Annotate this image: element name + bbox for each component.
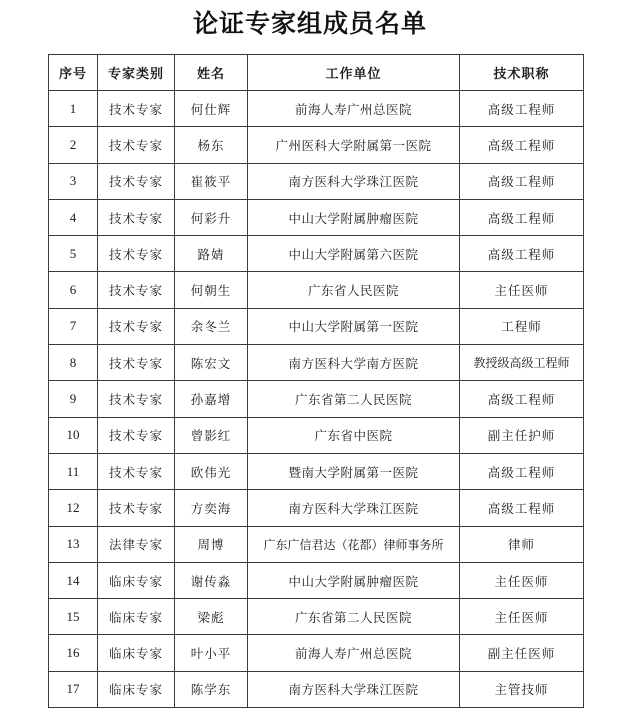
cell-professional-title: 高级工程师 bbox=[460, 453, 584, 489]
cell-organization: 暨南大学附属第一医院 bbox=[248, 453, 460, 489]
header-name: 姓名 bbox=[175, 55, 248, 91]
cell-category: 临床专家 bbox=[98, 671, 175, 707]
cell-no: 4 bbox=[49, 199, 98, 235]
cell-no: 2 bbox=[49, 127, 98, 163]
cell-no: 15 bbox=[49, 599, 98, 635]
cell-professional-title: 高级工程师 bbox=[460, 163, 584, 199]
table-row: 14 临床专家 谢传淼 中山大学附属肿瘤医院 主任医师 bbox=[49, 562, 584, 598]
table-row: 13 法律专家 周博 广东广信君达（花都）律师事务所 律师 bbox=[49, 526, 584, 562]
cell-name: 周博 bbox=[175, 526, 248, 562]
cell-professional-title: 高级工程师 bbox=[460, 490, 584, 526]
cell-category: 技术专家 bbox=[98, 490, 175, 526]
cell-no: 8 bbox=[49, 345, 98, 381]
cell-category: 技术专家 bbox=[98, 127, 175, 163]
cell-organization: 南方医科大学珠江医院 bbox=[248, 163, 460, 199]
cell-name: 陈学东 bbox=[175, 671, 248, 707]
cell-professional-title: 副主任医师 bbox=[460, 635, 584, 671]
header-professional-title: 技术职称 bbox=[460, 55, 584, 91]
table-row: 16 临床专家 叶小平 前海人寿广州总医院 副主任医师 bbox=[49, 635, 584, 671]
table-row: 8 技术专家 陈宏文 南方医科大学南方医院 教授级高级工程师 bbox=[49, 345, 584, 381]
cell-professional-title: 副主任护师 bbox=[460, 417, 584, 453]
table-row: 7 技术专家 余冬兰 中山大学附属第一医院 工程师 bbox=[49, 308, 584, 344]
cell-name: 谢传淼 bbox=[175, 562, 248, 598]
cell-no: 14 bbox=[49, 562, 98, 598]
cell-name: 陈宏文 bbox=[175, 345, 248, 381]
cell-name: 曾影红 bbox=[175, 417, 248, 453]
cell-category: 临床专家 bbox=[98, 599, 175, 635]
cell-organization: 前海人寿广州总医院 bbox=[248, 635, 460, 671]
cell-organization: 南方医科大学珠江医院 bbox=[248, 671, 460, 707]
cell-name: 何朝生 bbox=[175, 272, 248, 308]
document-title: 论证专家组成员名单 bbox=[0, 6, 620, 42]
cell-category: 法律专家 bbox=[98, 526, 175, 562]
cell-name: 梁彪 bbox=[175, 599, 248, 635]
cell-no: 1 bbox=[49, 91, 98, 127]
cell-professional-title: 高级工程师 bbox=[460, 236, 584, 272]
cell-category: 技术专家 bbox=[98, 381, 175, 417]
table-row: 4 技术专家 何彩升 中山大学附属肿瘤医院 高级工程师 bbox=[49, 199, 584, 235]
cell-category: 技术专家 bbox=[98, 345, 175, 381]
cell-category: 技术专家 bbox=[98, 236, 175, 272]
cell-category: 技术专家 bbox=[98, 163, 175, 199]
cell-professional-title: 工程师 bbox=[460, 308, 584, 344]
table-row: 5 技术专家 路婧 中山大学附属第六医院 高级工程师 bbox=[49, 236, 584, 272]
cell-no: 11 bbox=[49, 453, 98, 489]
cell-organization: 中山大学附属第六医院 bbox=[248, 236, 460, 272]
header-no: 序号 bbox=[49, 55, 98, 91]
cell-name: 杨东 bbox=[175, 127, 248, 163]
cell-professional-title: 主任医师 bbox=[460, 599, 584, 635]
cell-name: 何仕辉 bbox=[175, 91, 248, 127]
cell-professional-title: 高级工程师 bbox=[460, 127, 584, 163]
cell-no: 5 bbox=[49, 236, 98, 272]
cell-organization: 中山大学附属第一医院 bbox=[248, 308, 460, 344]
table-row: 10 技术专家 曾影红 广东省中医院 副主任护师 bbox=[49, 417, 584, 453]
cell-category: 临床专家 bbox=[98, 562, 175, 598]
cell-organization: 广东省中医院 bbox=[248, 417, 460, 453]
header-category: 专家类别 bbox=[98, 55, 175, 91]
cell-organization: 南方医科大学南方医院 bbox=[248, 345, 460, 381]
cell-professional-title: 主任医师 bbox=[460, 272, 584, 308]
cell-no: 16 bbox=[49, 635, 98, 671]
cell-no: 12 bbox=[49, 490, 98, 526]
cell-name: 崔筱平 bbox=[175, 163, 248, 199]
cell-no: 3 bbox=[49, 163, 98, 199]
cell-category: 技术专家 bbox=[98, 417, 175, 453]
cell-organization: 中山大学附属肿瘤医院 bbox=[248, 199, 460, 235]
expert-roster-table: 序号 专家类别 姓名 工作单位 技术职称 1 技术专家 何仕辉 前海人寿广州总医… bbox=[48, 54, 584, 708]
table-row: 6 技术专家 何朝生 广东省人民医院 主任医师 bbox=[49, 272, 584, 308]
cell-name: 孙嘉增 bbox=[175, 381, 248, 417]
cell-organization: 南方医科大学珠江医院 bbox=[248, 490, 460, 526]
cell-organization: 中山大学附属肿瘤医院 bbox=[248, 562, 460, 598]
table-row: 12 技术专家 方奕海 南方医科大学珠江医院 高级工程师 bbox=[49, 490, 584, 526]
cell-organization: 广东省第二人民医院 bbox=[248, 599, 460, 635]
cell-organization: 广东省人民医院 bbox=[248, 272, 460, 308]
cell-name: 路婧 bbox=[175, 236, 248, 272]
cell-no: 17 bbox=[49, 671, 98, 707]
cell-professional-title: 主管技师 bbox=[460, 671, 584, 707]
cell-name: 欧伟光 bbox=[175, 453, 248, 489]
cell-no: 7 bbox=[49, 308, 98, 344]
cell-no: 13 bbox=[49, 526, 98, 562]
cell-no: 10 bbox=[49, 417, 98, 453]
cell-name: 叶小平 bbox=[175, 635, 248, 671]
cell-professional-title: 高级工程师 bbox=[460, 199, 584, 235]
cell-organization: 前海人寿广州总医院 bbox=[248, 91, 460, 127]
cell-category: 临床专家 bbox=[98, 635, 175, 671]
table-row: 1 技术专家 何仕辉 前海人寿广州总医院 高级工程师 bbox=[49, 91, 584, 127]
cell-category: 技术专家 bbox=[98, 272, 175, 308]
cell-no: 6 bbox=[49, 272, 98, 308]
cell-name: 余冬兰 bbox=[175, 308, 248, 344]
cell-professional-title: 教授级高级工程师 bbox=[460, 345, 584, 381]
table-row: 2 技术专家 杨东 广州医科大学附属第一医院 高级工程师 bbox=[49, 127, 584, 163]
table-row: 11 技术专家 欧伟光 暨南大学附属第一医院 高级工程师 bbox=[49, 453, 584, 489]
cell-category: 技术专家 bbox=[98, 199, 175, 235]
cell-name: 方奕海 bbox=[175, 490, 248, 526]
cell-professional-title: 高级工程师 bbox=[460, 91, 584, 127]
header-organization: 工作单位 bbox=[248, 55, 460, 91]
table-row: 17 临床专家 陈学东 南方医科大学珠江医院 主管技师 bbox=[49, 671, 584, 707]
table-row: 15 临床专家 梁彪 广东省第二人民医院 主任医师 bbox=[49, 599, 584, 635]
cell-no: 9 bbox=[49, 381, 98, 417]
cell-organization: 广东省第二人民医院 bbox=[248, 381, 460, 417]
cell-organization: 广州医科大学附属第一医院 bbox=[248, 127, 460, 163]
table-row: 9 技术专家 孙嘉增 广东省第二人民医院 高级工程师 bbox=[49, 381, 584, 417]
cell-professional-title: 主任医师 bbox=[460, 562, 584, 598]
table-header-row: 序号 专家类别 姓名 工作单位 技术职称 bbox=[49, 55, 584, 91]
cell-category: 技术专家 bbox=[98, 91, 175, 127]
cell-professional-title: 高级工程师 bbox=[460, 381, 584, 417]
cell-organization: 广东广信君达（花都）律师事务所 bbox=[248, 526, 460, 562]
cell-name: 何彩升 bbox=[175, 199, 248, 235]
table-row: 3 技术专家 崔筱平 南方医科大学珠江医院 高级工程师 bbox=[49, 163, 584, 199]
cell-professional-title: 律师 bbox=[460, 526, 584, 562]
cell-category: 技术专家 bbox=[98, 453, 175, 489]
cell-category: 技术专家 bbox=[98, 308, 175, 344]
